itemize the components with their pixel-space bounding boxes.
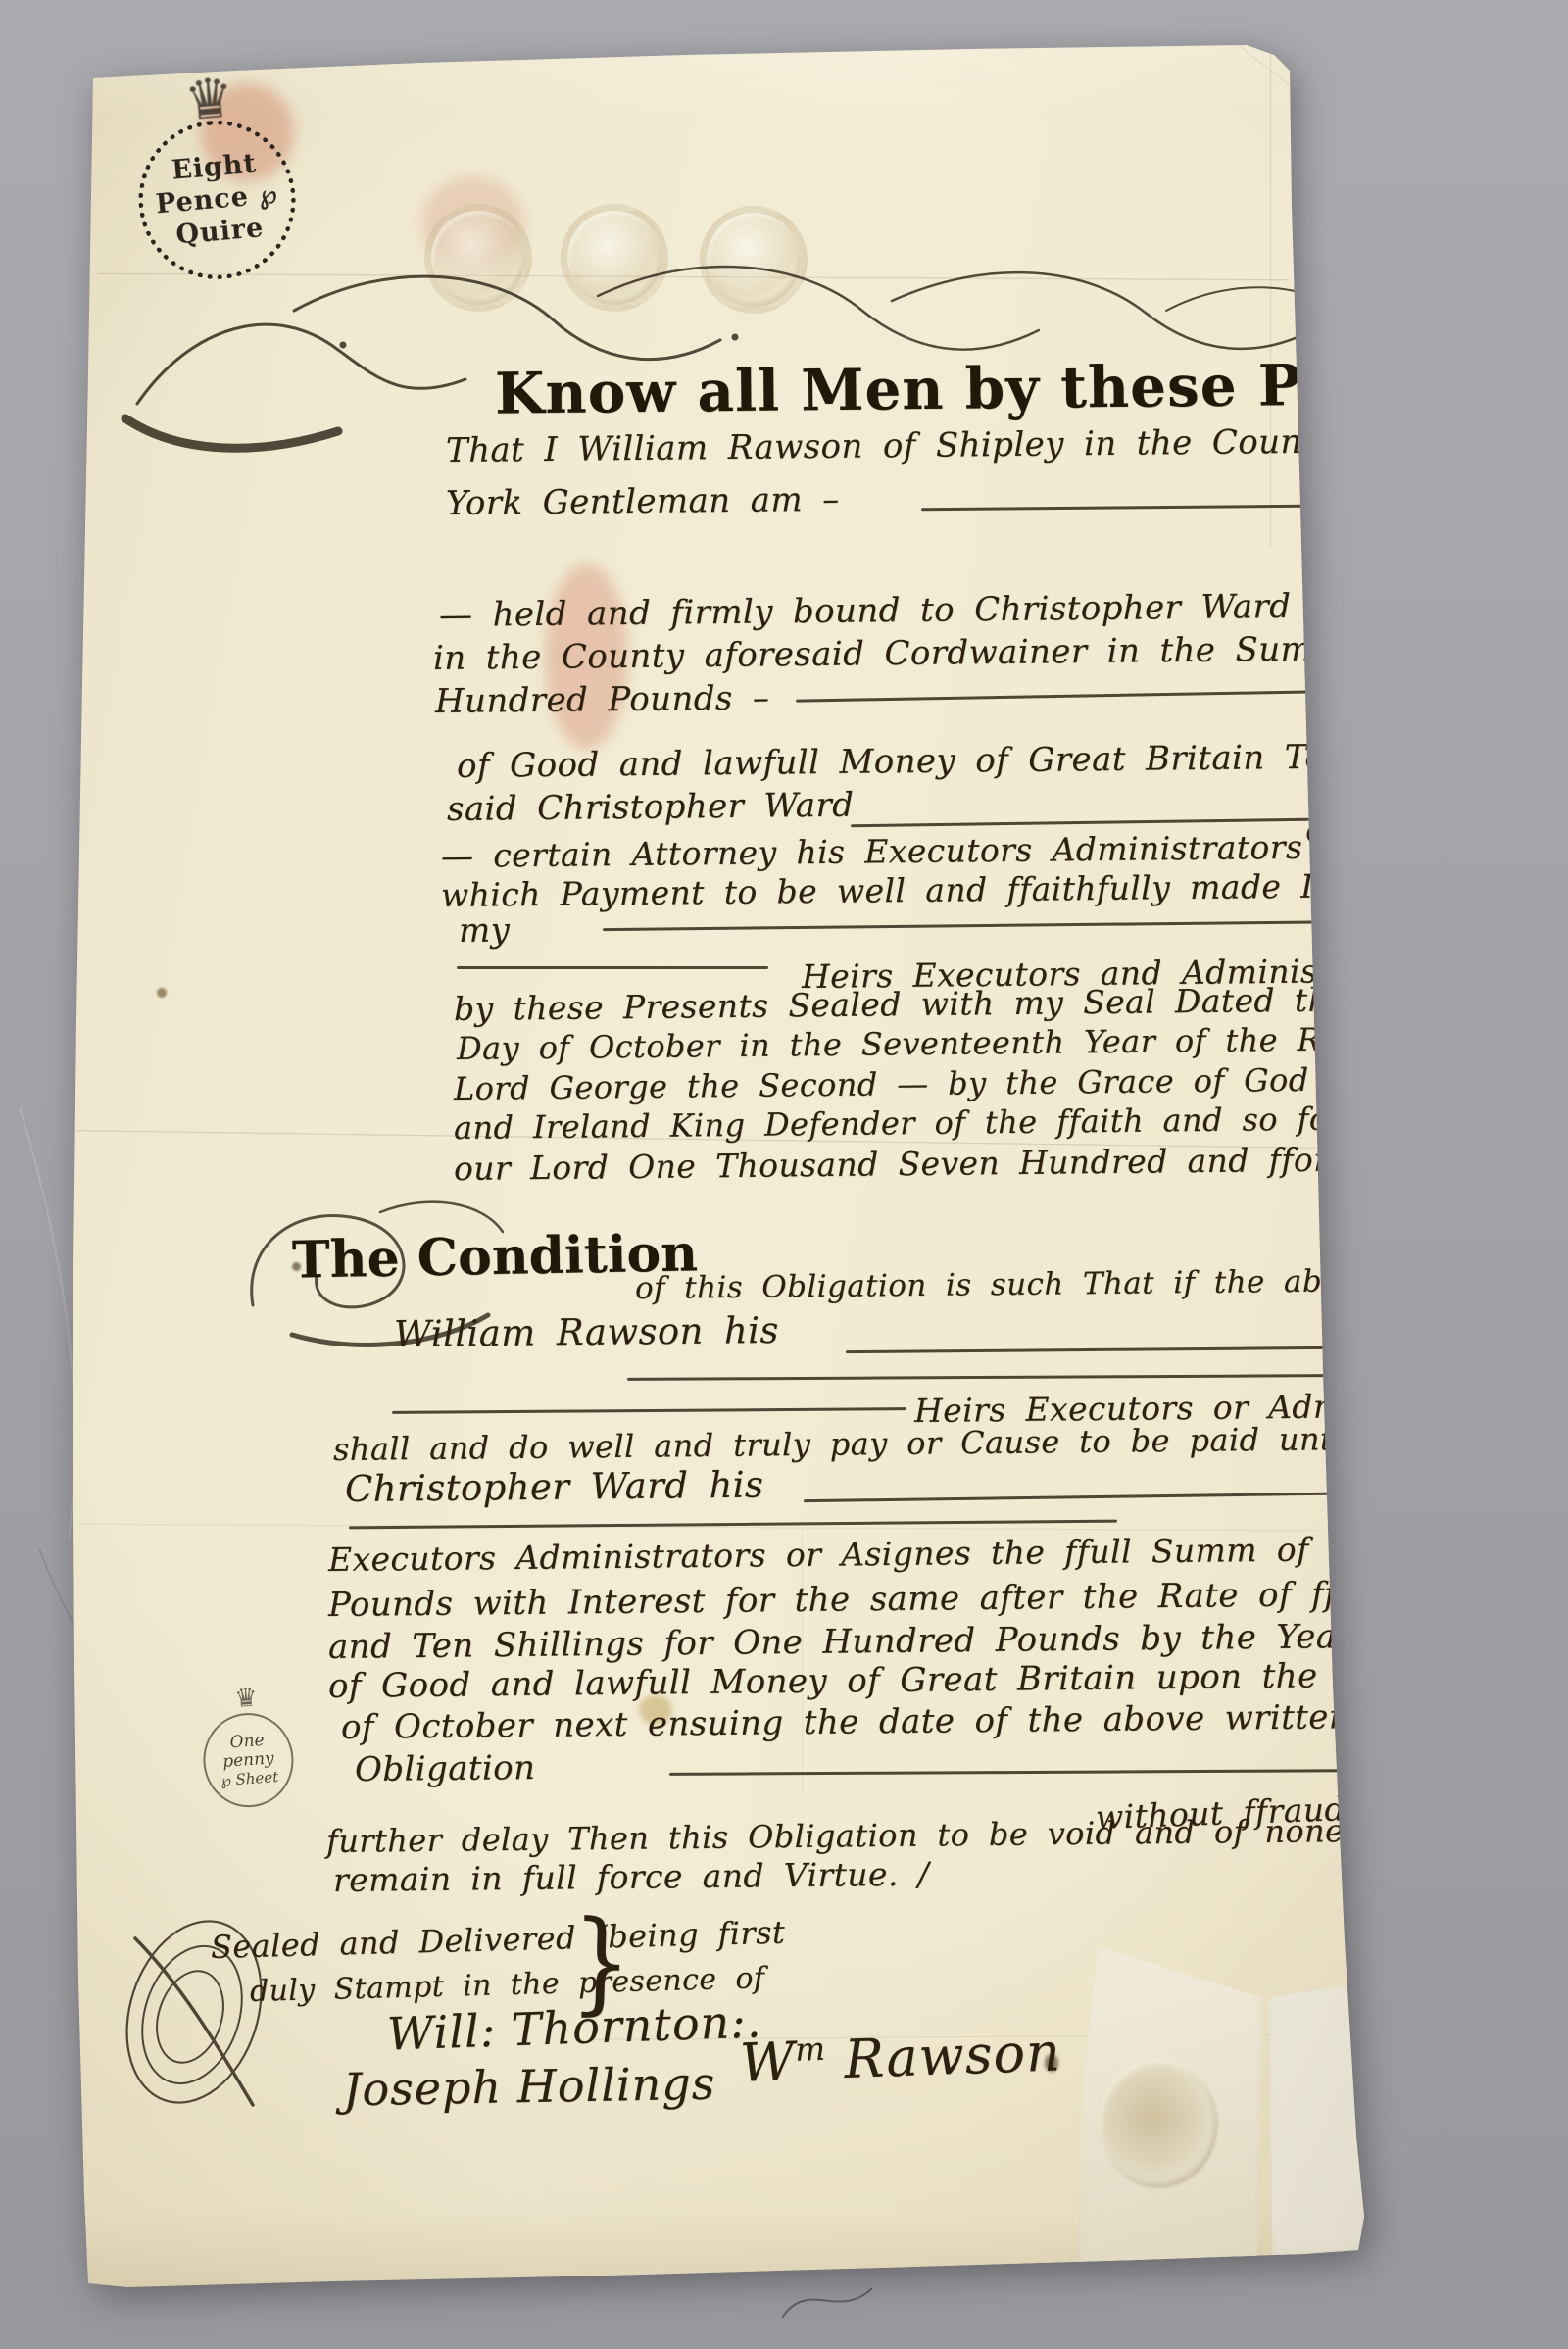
inked-blank-rule	[603, 920, 1367, 931]
body-line: — certain Attorney his Executors Adminis…	[441, 825, 1568, 875]
body-line: shall and do well and truly pay or Cause…	[333, 1417, 1568, 1468]
paper-shadow-wrap: ♛ Eight Pence ℘ Quire Know all Men by th…	[0, 0, 1568, 2349]
embossed-seal-imprint	[1099, 2059, 1218, 2188]
body-line: Executors Administrators or Asignes the …	[328, 1527, 1568, 1579]
document-title: Know all Men by these Presents	[495, 349, 1543, 426]
body-line: Hundred Pounds –	[435, 678, 770, 721]
body-line: of October next ensuing the date of the …	[341, 1697, 1350, 1747]
body-line: our Lord One Thousand Seven Hundred and …	[454, 1139, 1490, 1188]
body-line: further delay Then this Obligation to be…	[326, 1809, 1568, 1860]
attestation-line: Sealed and Delivered (being first	[211, 1914, 786, 1966]
inked-blank-rule	[921, 504, 1416, 511]
body-line: or his —	[1304, 806, 1466, 851]
foxing-spot	[157, 988, 167, 998]
body-line: William Rawson his	[394, 1309, 779, 1355]
body-line: Pounds with Interest for the same after …	[328, 1573, 1541, 1625]
body-line: Obligation	[355, 1748, 536, 1789]
wax-seal-paper-tab	[1071, 1943, 1267, 2286]
inked-blank-rule	[804, 1492, 1392, 1502]
inked-blank-rule	[627, 1374, 1338, 1381]
one-penny-per-sheet-duty-stamp: ♛ One penny ℘ Sheet	[186, 1684, 313, 1824]
signature-rawson-surname: Rawson	[825, 2021, 1062, 2090]
crown-icon: ♛	[233, 1683, 258, 1714]
signature-rawson: Wm Rawson	[739, 2021, 1062, 2093]
eight-pence-per-quire-duty-stamp: ♛ Eight Pence ℘ Quire	[115, 66, 318, 277]
folded-paper-corner	[1257, 1972, 1448, 2261]
stamp-line: ℘ Sheet	[220, 1768, 279, 1790]
stamp-line: Quire	[174, 213, 265, 252]
document-paper: ♛ Eight Pence ℘ Quire Know all Men by th…	[0, 0, 1568, 2349]
photograph-of-1743-bond-document: ♛ Eight Pence ℘ Quire Know all Men by th…	[0, 0, 1568, 2349]
inked-blank-rule	[846, 1346, 1336, 1353]
body-line: of Good and lawfull Money of Great Brita…	[457, 735, 1568, 786]
inked-blank-rule	[669, 1769, 1373, 1776]
signature-witness-hollings: Joseph Hollings	[343, 2057, 716, 2117]
inked-blank-rule	[796, 688, 1428, 702]
body-line: my	[459, 910, 511, 951]
stamp-ring: One penny ℘ Sheet	[200, 1710, 296, 1810]
signature-rawson-initial: W	[739, 2031, 797, 2094]
inked-blank-rule	[392, 1407, 906, 1414]
signature-witness-thornton: Will: Thornton:.	[386, 1994, 762, 2060]
corner-fold-crease	[1236, 43, 1322, 111]
body-line: York Gentleman am –	[446, 480, 840, 523]
body-line: Christopher Ward his	[345, 1464, 764, 1510]
signature-rawson-superscript: m	[795, 2031, 827, 2069]
body-line: said Christopher Ward	[447, 786, 855, 829]
body-line: by these Presents Sealed with my Seal Da…	[454, 979, 1510, 1028]
body-line: of this Obligation is such That if the a…	[635, 1261, 1536, 1306]
inked-blank-rule	[851, 818, 1309, 828]
inked-blank-rule	[457, 966, 768, 969]
body-line: remain in full force and Virtue. /	[333, 1855, 930, 1899]
